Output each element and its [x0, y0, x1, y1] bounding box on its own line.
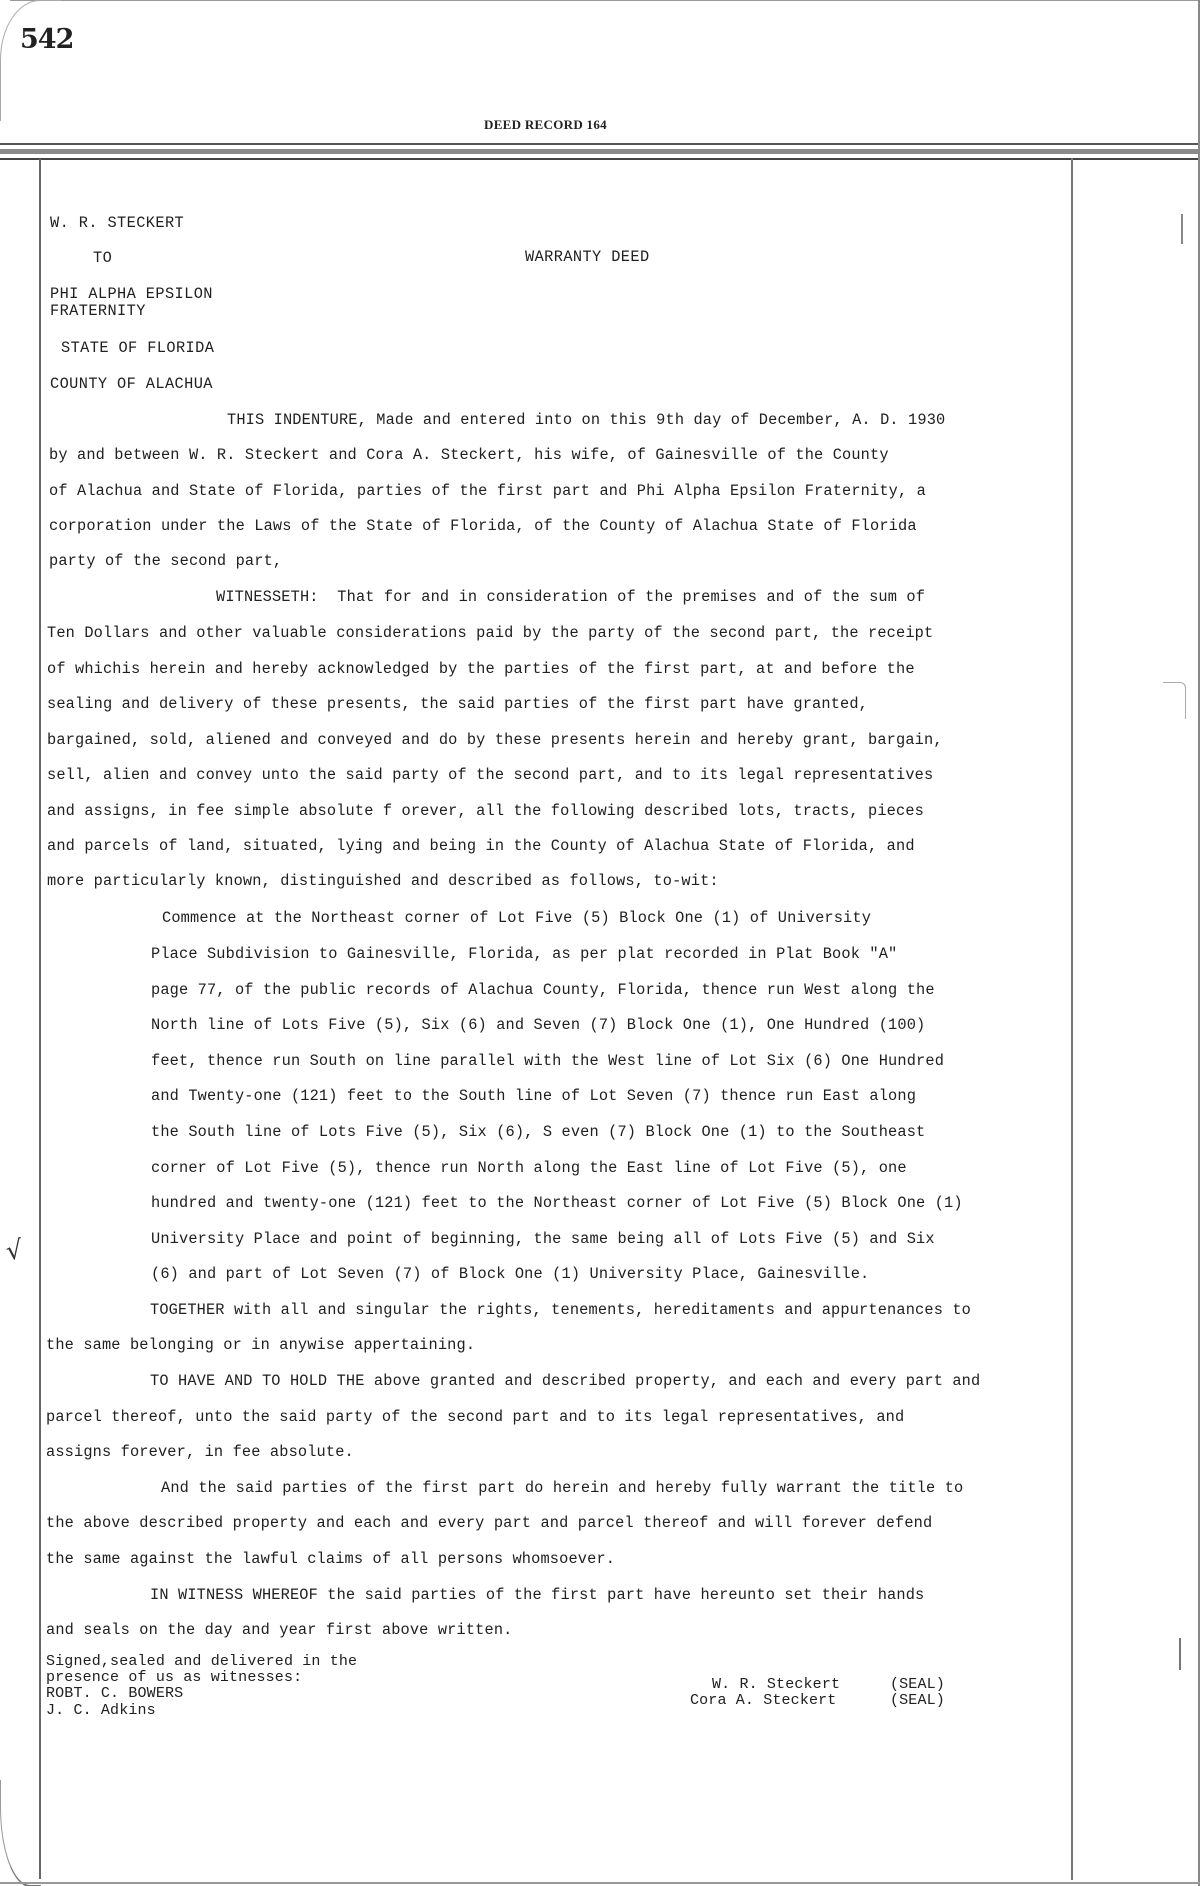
body-line: the above described property and each an… — [46, 1515, 932, 1531]
body-line: by and between W. R. Steckert and Cora A… — [49, 447, 889, 463]
body-line: party of the second part, — [49, 553, 282, 569]
signer-name: Cora A. Steckert — [690, 1693, 836, 1709]
witness-intro-line1: Signed,sealed and delivered in the — [46, 1654, 357, 1670]
body-line: IN WITNESS WHEREOF the said parties of t… — [150, 1587, 924, 1603]
witness-name: ROBT. C. BOWERS — [46, 1686, 183, 1702]
header-rule-top — [0, 143, 1200, 145]
seal-label: (SEAL) — [890, 1677, 945, 1693]
body-line: the same belonging or in anywise apperta… — [46, 1337, 475, 1353]
header-rule-bottom — [0, 158, 1200, 160]
margin-mark — [1181, 214, 1183, 244]
signer-name: W. R. Steckert — [712, 1677, 840, 1693]
legal-description-line: hundred and twenty-one (121) feet to the… — [151, 1195, 963, 1211]
header-rule-middle — [0, 149, 1200, 154]
witness-name: J. C. Adkins — [46, 1703, 156, 1719]
page-top-edge — [10, 0, 1200, 1]
document-type: WARRANTY DEED — [525, 249, 650, 265]
body-line: sell, alien and convey unto the said par… — [47, 767, 933, 783]
body-line: Ten Dollars and other valuable considera… — [47, 625, 933, 641]
body-line: TOGETHER with all and singular the right… — [150, 1302, 971, 1318]
record-header: DEED RECORD 164 — [484, 117, 607, 133]
legal-description-line: University Place and point of beginning,… — [151, 1231, 935, 1247]
body-line: and assigns, in fee simple absolute f or… — [47, 803, 924, 819]
margin-mark — [1179, 1638, 1181, 1670]
page-bottom-edge — [0, 1882, 1200, 1884]
checkmark-icon: √ — [4, 1235, 25, 1267]
legal-description-line: Place Subdivision to Gainesville, Florid… — [151, 946, 897, 962]
body-line: of Alachua and State of Florida, parties… — [49, 483, 926, 499]
legal-description-line: feet, thence run South on line parallel … — [151, 1053, 944, 1069]
state-caption: STATE OF FLORIDA — [61, 340, 214, 356]
page-curl-top — [0, 0, 61, 121]
page-curl-bottom — [0, 1780, 41, 1886]
legal-description-line: Commence at the Northeast corner of Lot … — [162, 910, 871, 926]
body-line: sealing and delivery of these presents, … — [47, 696, 868, 712]
margin-bracket-mark — [1163, 682, 1186, 719]
body-line: of whichis herein and hereby acknowledge… — [47, 661, 915, 677]
body-line: and seals on the day and year first abov… — [46, 1622, 512, 1638]
grantor-name: W. R. STECKERT — [50, 215, 184, 231]
body-line: parcel thereof, unto the said party of t… — [46, 1409, 904, 1425]
legal-description-line: page 77, of the public records of Alachu… — [151, 982, 935, 998]
body-line: And the said parties of the first part d… — [161, 1480, 963, 1496]
left-margin-rule — [39, 159, 41, 1879]
grantee-name-line1: PHI ALPHA EPSILON — [50, 286, 213, 302]
legal-description-line: corner of Lot Five (5), thence run North… — [151, 1160, 907, 1176]
legal-description-line: and Twenty-one (121) feet to the South l… — [151, 1088, 916, 1104]
body-line: assigns forever, in fee absolute. — [46, 1444, 354, 1460]
seal-label: (SEAL) — [890, 1693, 945, 1709]
body-line: TO HAVE AND TO HOLD THE above granted an… — [150, 1373, 980, 1389]
county-caption: COUNTY OF ALACHUA — [50, 376, 213, 392]
body-line: bargained, sold, aliened and conveyed an… — [47, 732, 943, 748]
legal-description-line: the South line of Lots Five (5), Six (6)… — [151, 1124, 925, 1140]
body-line: WITNESSETH: That for and in consideratio… — [216, 589, 925, 605]
body-line: THIS INDENTURE, Made and entered into on… — [227, 412, 945, 428]
witness-intro-line2: presence of us as witnesses: — [46, 1670, 302, 1686]
page-number: 542 — [20, 24, 73, 55]
body-line: corporation under the Laws of the State … — [49, 518, 917, 534]
body-line: the same against the lawful claims of al… — [46, 1551, 615, 1567]
caption-to: TO — [93, 250, 112, 266]
body-line: and parcels of land, situated, lying and… — [47, 838, 915, 854]
grantee-name-line2: FRATERNITY — [50, 303, 146, 319]
right-margin-rule — [1071, 158, 1073, 1880]
legal-description-line: (6) and part of Lot Seven (7) of Block O… — [151, 1266, 869, 1282]
legal-description-line: North line of Lots Five (5), Six (6) and… — [151, 1017, 925, 1033]
body-line: more particularly known, distinguished a… — [47, 873, 719, 889]
